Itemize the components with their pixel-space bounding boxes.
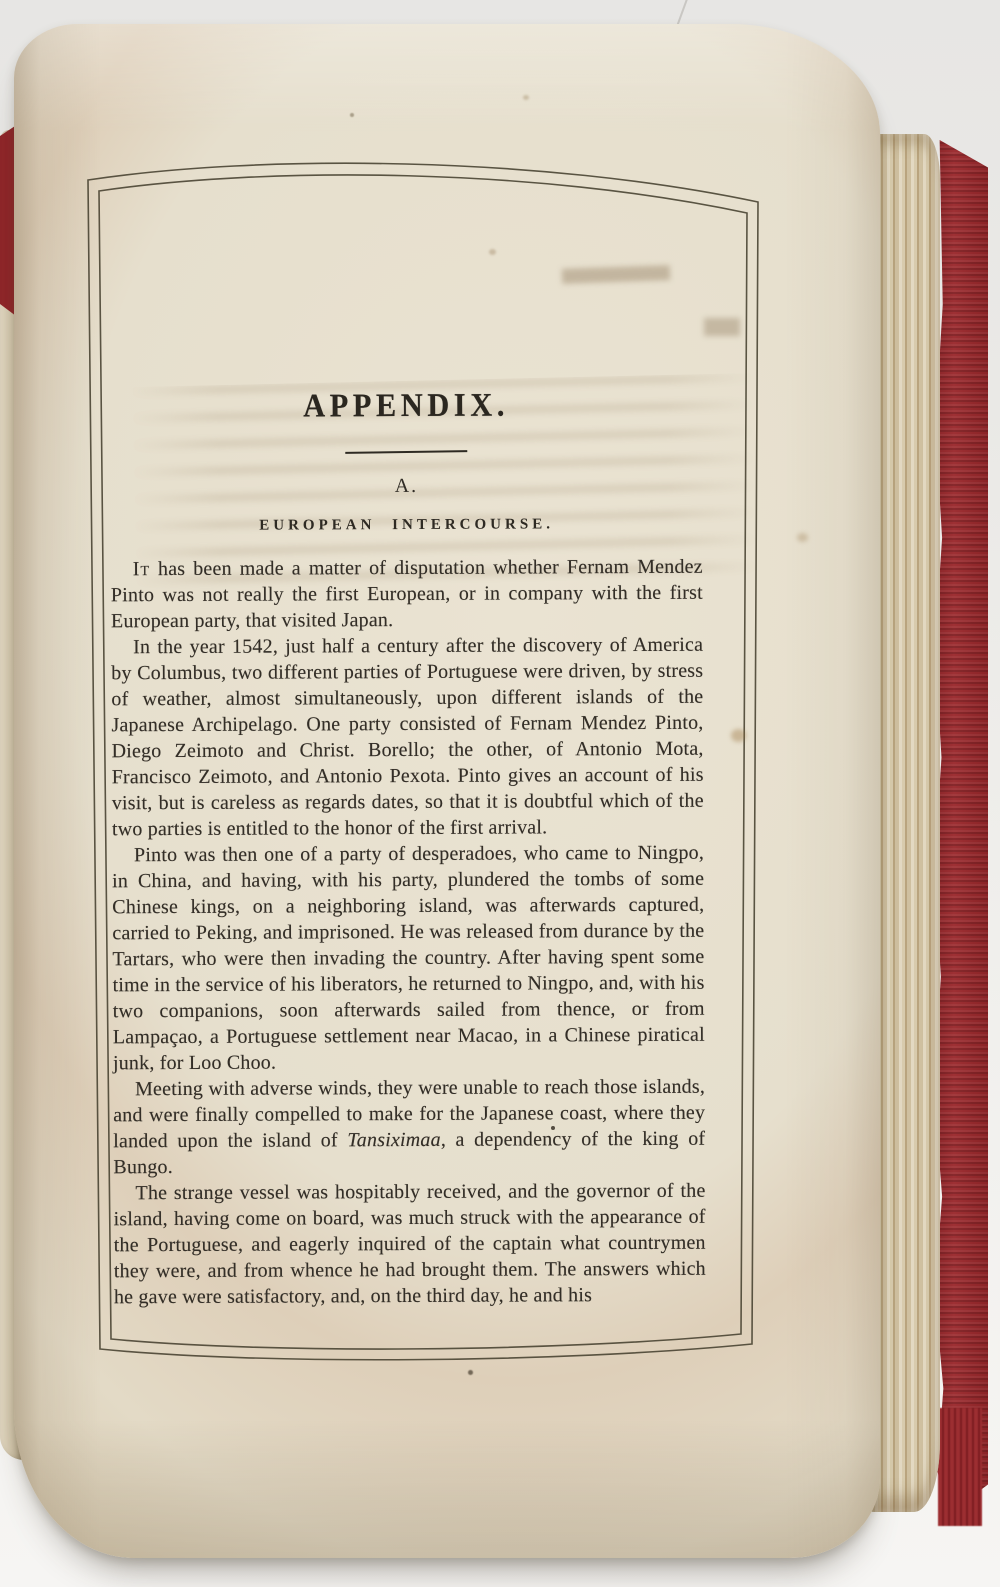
section-heading: EUROPEAN INTERCOURSE. bbox=[111, 516, 703, 536]
show-through-header bbox=[562, 265, 670, 284]
paragraph-1: It has been made a matter of disputation… bbox=[111, 554, 703, 635]
body-text: It has been made a matter of disputation… bbox=[111, 554, 706, 1311]
appendix-title: APPENDIX. bbox=[134, 385, 679, 427]
title-rule bbox=[345, 450, 467, 454]
lead-word: It bbox=[133, 558, 150, 580]
printed-page-content: APPENDIX. A. EUROPEAN INTERCOURSE. It ha… bbox=[110, 385, 706, 1311]
paragraph-3: Pinto was then one of a party of despera… bbox=[112, 840, 705, 1077]
show-through-page-number bbox=[704, 318, 740, 336]
paragraph-4: Meeting with adverse winds, they were un… bbox=[113, 1074, 705, 1181]
section-letter: A. bbox=[110, 474, 702, 500]
paragraph-1-text: has been made a matter of disputation wh… bbox=[111, 556, 703, 633]
book-photo: APPENDIX. A. EUROPEAN INTERCOURSE. It ha… bbox=[0, 0, 1000, 1587]
paragraph-5: The strange vessel was hospitably receiv… bbox=[113, 1178, 706, 1311]
paragraph-2: In the year 1542, just half a century af… bbox=[111, 632, 704, 843]
frayed-ribbon-end bbox=[938, 1408, 982, 1526]
island-name-italic: Tansiximaa bbox=[347, 1129, 441, 1151]
